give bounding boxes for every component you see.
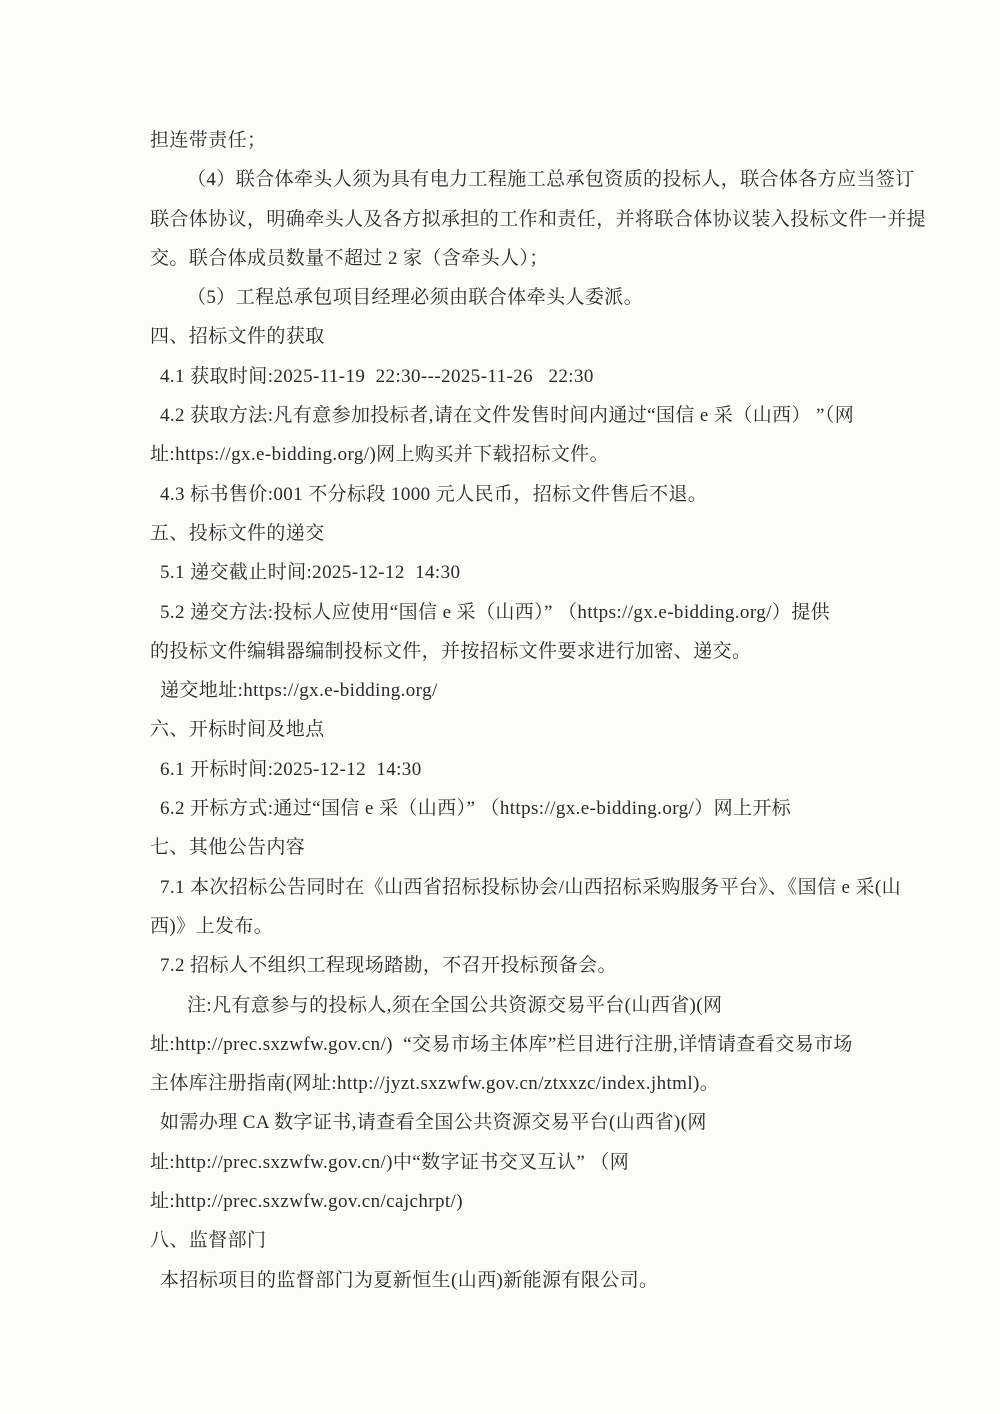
text-line-url: 址:http://prec.sxzwfw.gov.cn/cajchrpt/) — [150, 1182, 860, 1221]
text-line: 西)》上发布。 — [150, 907, 860, 946]
text-line-url: 址:https://gx.e-bidding.org/)网上购买并下载招标文件。 — [150, 435, 860, 474]
document-page: 担连带责任； （4）联合体牵头人须为具有电力工程施工总承包资质的投标人，联合体各… — [0, 0, 1000, 1414]
section-heading-6: 六、开标时间及地点 — [150, 710, 860, 749]
text-line-item-7-1: 7.1 本次招标公告同时在《山西省招标投标协会/山西招标采购服务平台》、《国信 … — [150, 868, 860, 907]
text-line-clause-4: （4）联合体牵头人须为具有电力工程施工总承包资质的投标人，联合体各方应当签订 — [150, 160, 860, 199]
text-line-item-4-2: 4.2 获取方法:凡有意参加投标者,请在文件发售时间内通过“国信 e 采（山西）… — [150, 396, 860, 435]
section-heading-5: 五、投标文件的递交 — [150, 514, 860, 553]
text-line-submit-address: 递交地址:https://gx.e-bidding.org/ — [150, 671, 860, 710]
section-heading-8: 八、监督部门 — [150, 1221, 860, 1260]
text-line: 担连带责任； — [150, 121, 860, 160]
text-line-item-6-2: 6.2 开标方式:通过“国信 e 采（山西）” （https://gx.e-bi… — [150, 789, 860, 828]
text-line-ca-cert: 如需办理 CA 数字证书,请查看全国公共资源交易平台(山西省)(网 — [150, 1103, 860, 1142]
text-line: 交。联合体成员数量不超过 2 家（含牵头人）； — [150, 239, 860, 278]
section-heading-4: 四、招标文件的获取 — [150, 317, 860, 356]
text-line: 的投标文件编辑器编制投标文件，并按招标文件要求进行加密、递交。 — [150, 632, 860, 671]
text-line-item-4-1: 4.1 获取时间:2025-11-19 22:30---2025-11-26 2… — [150, 357, 860, 396]
text-line-url: 址:http://prec.sxzwfw.gov.cn/) “交易市场主体库”栏… — [150, 1025, 860, 1064]
section-heading-7: 七、其他公告内容 — [150, 828, 860, 867]
text-line-item-7-2: 7.2 招标人不组织工程现场踏勘，不召开投标预备会。 — [150, 946, 860, 985]
text-line-item-4-3: 4.3 标书售价:001 不分标段 1000 元人民币，招标文件售后不退。 — [150, 475, 860, 514]
text-line-item-5-2: 5.2 递交方法:投标人应使用“国信 e 采（山西）” （https://gx.… — [150, 593, 860, 632]
text-line-item-6-1: 6.1 开标时间:2025-12-12 14:30 — [150, 750, 860, 789]
text-line-supervision: 本招标项目的监督部门为夏新恒生(山西)新能源有限公司。 — [150, 1261, 860, 1300]
text-line-clause-5: （5）工程总承包项目经理必须由联合体牵头人委派。 — [150, 278, 860, 317]
text-line-item-5-1: 5.1 递交截止时间:2025-12-12 14:30 — [150, 553, 860, 592]
text-line: 联合体协议，明确牵头人及各方拟承担的工作和责任，并将联合体协议装入投标文件一并提 — [150, 200, 860, 239]
text-line-url: 主体库注册指南(网址:http://jyzt.sxzwfw.gov.cn/ztx… — [150, 1064, 860, 1103]
text-line-note: 注:凡有意参与的投标人,须在全国公共资源交易平台(山西省)(网 — [150, 986, 860, 1025]
text-line-url: 址:http://prec.sxzwfw.gov.cn/)中“数字证书交叉互认”… — [150, 1143, 860, 1182]
